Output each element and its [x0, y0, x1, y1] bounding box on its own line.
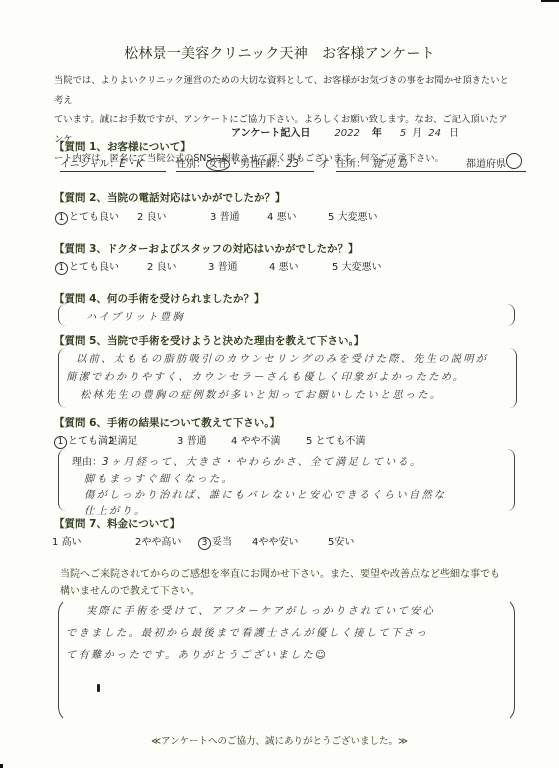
q2-option-2[interactable]: 2 良い: [137, 208, 167, 223]
q6-reason-line: 傷がしっかり治れば、誰にもバレないと安心できるくらい自然な: [72, 487, 502, 503]
date-label: アンケート記入日: [231, 124, 310, 139]
feedback-answer-line: て有難かったです。ありがとうございました☺: [66, 644, 511, 666]
feedback-answer-line: 実際に手術を受けて、アフターケアがしっかりされていて安心: [66, 600, 511, 622]
feedback-prompt: 当院へご来院されてからのご感想を率直にお聞かせ下さい。また、要望や改善点など些細…: [60, 566, 530, 600]
q3-option-5[interactable]: 5 大変悪い: [332, 258, 382, 273]
feedback-prompt-line: 当院へご来院されてからのご感想を率直にお聞かせ下さい。また、要望や改善点など些細…: [60, 566, 530, 583]
q2-option-4[interactable]: 4 悪い: [267, 208, 297, 223]
ink-blot: [97, 684, 100, 692]
q6-option-2[interactable]: 2 満足: [108, 432, 138, 447]
q3-option-4[interactable]: 4 悪い: [269, 258, 299, 273]
q6-option-4[interactable]: 4 やや不満: [231, 432, 281, 447]
gender-field: 性別：女性・男性: [176, 155, 260, 172]
q7-option-3[interactable]: 3妥当: [198, 533, 232, 550]
q2-option-5[interactable]: 5 大変悪い: [328, 208, 378, 223]
q7-option-2[interactable]: 2やや高い: [135, 533, 181, 548]
q5-answer: 以前、太ももの脂肪吸引のカウンセリングのみを受けた際、先生の説明が 簡潔でわかり…: [66, 350, 511, 404]
q2-heading: 【質問 2、当院の電話対応はいかがでしたか？】: [54, 190, 285, 205]
q3-option-3[interactable]: 3 普通: [208, 258, 238, 273]
q5-answer-line: 簡潔でわかりやすく、カウンセラーさんも優しく印象がよかったため。: [66, 368, 511, 386]
date-month-value[interactable]: 5: [400, 128, 406, 139]
q6-reason-line: 脚もまっすぐ細くなった。: [72, 471, 502, 487]
q1-fields: イニシャル：E・K 性別：女性・男性 年齢：23 才 住所：鹿児島 都道府県: [60, 155, 540, 171]
address-unit: 都道府県: [466, 155, 506, 170]
scan-mark-top-right: [541, 0, 559, 2]
q6-heading: 【質問 6、手術の結果について教えて下さい。】: [54, 415, 280, 430]
survey-date-row: アンケート記入日 2022 年 5 月 24 日: [231, 124, 459, 139]
gender-label: 性別：: [176, 159, 206, 170]
q6-options: 1とても満足 2 満足 3 普通 4 やや不満 5 とても不満: [54, 432, 454, 446]
age-field[interactable]: 年齢：23: [256, 155, 314, 172]
q6-reason: 理由：3ヶ月経って、大きさ・やわらかさ、全て満足している。 脚もまっすぐ細くなっ…: [72, 452, 502, 519]
q5-heading: 【質問 5、当院で手術を受けようと決めた理由を教えて下さい。】: [54, 333, 364, 348]
footer-thanks: ≪アンケートへのご協力、誠にありがとうございました。≫: [0, 733, 559, 747]
survey-title: 松林景一美容クリニック天神 お客様アンケート: [0, 43, 559, 63]
feedback-answer: 実際に手術を受けて、アフターケアがしっかりされていて安心 できました。最初から最…: [66, 600, 511, 666]
q6-option-3[interactable]: 3 普通: [177, 432, 207, 447]
initial-field[interactable]: イニシャル：E・K: [60, 155, 166, 172]
q7-option-5[interactable]: 5安い: [328, 533, 354, 548]
date-year-unit: 年: [372, 124, 382, 139]
q2-option-1[interactable]: 1とても良い: [55, 208, 119, 225]
address-field[interactable]: 住所：鹿児島 都道府県: [336, 155, 526, 172]
q3-option-1[interactable]: 1とても良い: [55, 258, 119, 275]
q2-options: 1とても良い 2 良い 3 普通 4 悪い 5 大変悪い: [55, 208, 435, 222]
date-day-value[interactable]: 24: [428, 128, 441, 139]
intro-line: 当院では、よりよいクリニック運営のための大切な資料として、お客様がお気づきの事を…: [54, 71, 514, 110]
scan-mark-bottom-left: [0, 764, 3, 768]
q5-answer-line: 松林先生の豊胸の症例数が多いと知ってお願いしたいと思った。: [66, 386, 511, 404]
initial-value: E・K: [119, 158, 143, 170]
address-unit-circle: [506, 153, 522, 169]
q7-option-4[interactable]: 4やや安い: [252, 533, 298, 548]
address-label: 住所：: [336, 159, 366, 170]
q3-option-2[interactable]: 2 良い: [147, 258, 177, 273]
q1-heading: 【質問 1、お客様について】: [54, 139, 191, 154]
q5-answer-line: 以前、太ももの脂肪吸引のカウンセリングのみを受けた際、先生の説明が: [66, 350, 511, 368]
q7-option-1[interactable]: 1 高い: [52, 533, 82, 548]
q4-answer: ハイブリット豊胸: [86, 308, 185, 323]
q6-option-5[interactable]: 5 とても不満: [306, 432, 366, 447]
age-label: 年齢：: [256, 159, 286, 170]
q6-reason-label: 理由：: [72, 457, 102, 468]
q2-option-3[interactable]: 3 普通: [210, 208, 240, 223]
q6-reason-line: 3ヶ月経って、大きさ・やわらかさ、全て満足している。: [102, 456, 423, 468]
feedback-answer-line: できました。最初から最後まで看護士さんが優しく接して下さっ: [66, 622, 511, 644]
date-month-unit: 月: [412, 124, 422, 139]
age-value: 23: [286, 158, 299, 170]
age-unit: 才: [318, 155, 328, 170]
date-day-unit: 日: [449, 124, 459, 139]
q3-options: 1とても良い 2 良い 3 普通 4 悪い 5 大変悪い: [55, 258, 435, 272]
q3-heading: 【質問 3、ドクターおよびスタッフの対応はいかがでしたか？】: [54, 241, 359, 256]
date-year-value[interactable]: 2022: [334, 128, 359, 139]
q7-heading: 【質問 7、料金について】: [54, 516, 180, 531]
address-value: 鹿児島: [372, 158, 410, 170]
q7-options: 1 高い 2やや高い 3妥当 4やや安い 5安い: [52, 533, 452, 547]
gender-option-female[interactable]: 女性: [206, 158, 230, 171]
initial-label: イニシャル：: [60, 159, 119, 170]
